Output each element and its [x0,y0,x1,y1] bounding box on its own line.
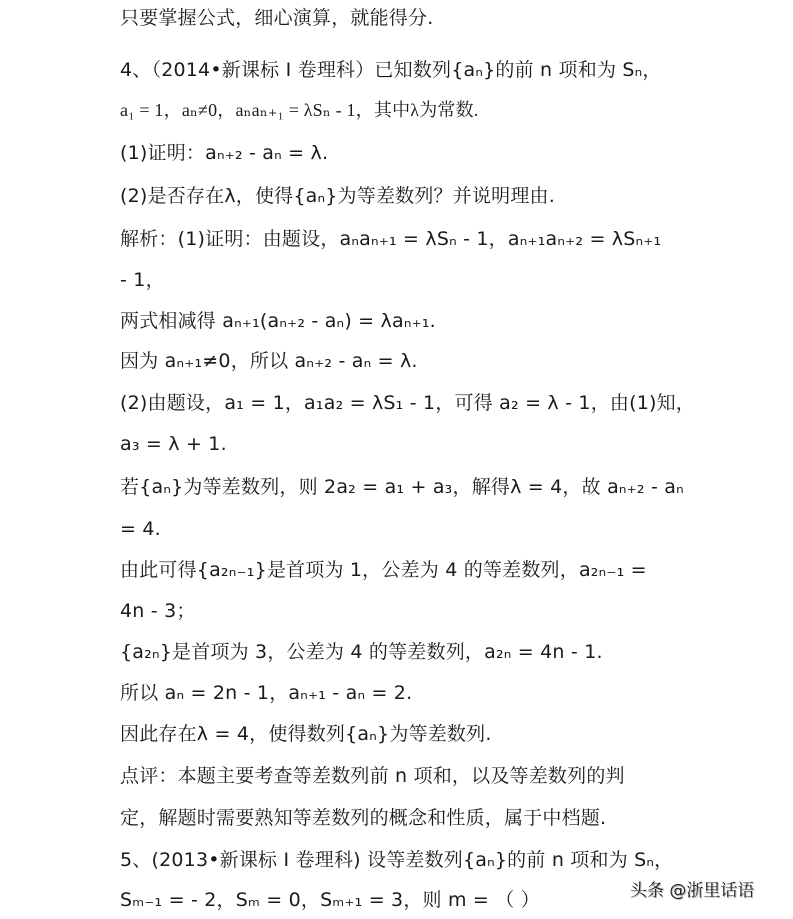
problem-4-title: 4、（2014•新课标 I 卷理科）已知数列{aₙ}的前 n 项和为 Sₙ， [120,58,662,82]
watermark: 头条 @浙里话语 [630,876,754,901]
solution-line: 所以 aₙ = 2n - 1，aₙ₊₁ - aₙ = 2. [120,681,412,705]
solution-line: 因此存在λ = 4，使得数列{aₙ}为等差数列. [120,722,492,746]
solution-line: 两式相减得 aₙ₊₁(aₙ₊₂ - aₙ) = λaₙ₊₁. [120,309,436,333]
solution-line: 因为 aₙ₊₁≠0，所以 aₙ₊₂ - aₙ = λ. [120,349,418,373]
solution-line: 由此可得{a₂ₙ₋₁}是首项为 1，公差为 4 的等差数列，a₂ₙ₋₁ = [120,558,647,582]
solution-line: a₃ = λ + 1. [120,432,227,456]
solution-line: - 1， [120,268,165,292]
problem-4-part-2: (2)是否存在λ，使得{aₙ}为等差数列？并说明理由. [120,184,555,208]
comment-line: 点评：本题主要考查等差数列前 n 项和，以及等差数列的判 [120,764,625,788]
problem-4-condition: a₁ = 1，aₙ≠0，aₙaₙ₊₁ = λSₙ - 1，其中λ为常数. [120,98,479,122]
solution-line: (2)由题设，a₁ = 1，a₁a₂ = λS₁ - 1，可得 a₂ = λ -… [120,391,695,415]
solution-line: 4n - 3； [120,599,196,623]
problem-4-part-1: (1)证明：aₙ₊₂ - aₙ = λ. [120,141,328,165]
solution-line: {a₂ₙ}是首项为 3，公差为 4 的等差数列，a₂ₙ = 4n - 1. [120,640,603,664]
problem-5-condition: Sₘ₋₁ = - 2，Sₘ = 0，Sₘ₊₁ = 3，则 m = （ ） [120,888,540,912]
comment-line: 定，解题时需要熟知等差数列的概念和性质，属于中档题. [120,806,606,830]
solution-line: = 4. [120,517,161,541]
problem-5-title: 5、(2013•新课标 I 卷理科) 设等差数列{aₙ}的前 n 项和为 Sₙ， [120,848,673,872]
solution-line: 若{aₙ}为等差数列，则 2a₂ = a₁ + a₃，解得λ = 4，故 aₙ₊… [120,475,684,499]
solution-line: 解析：(1)证明：由题设，aₙaₙ₊₁ = λSₙ - 1，aₙ₊₁aₙ₊₂ =… [120,227,661,251]
text-line: 只要掌握公式，细心演算，就能得分. [120,6,433,30]
